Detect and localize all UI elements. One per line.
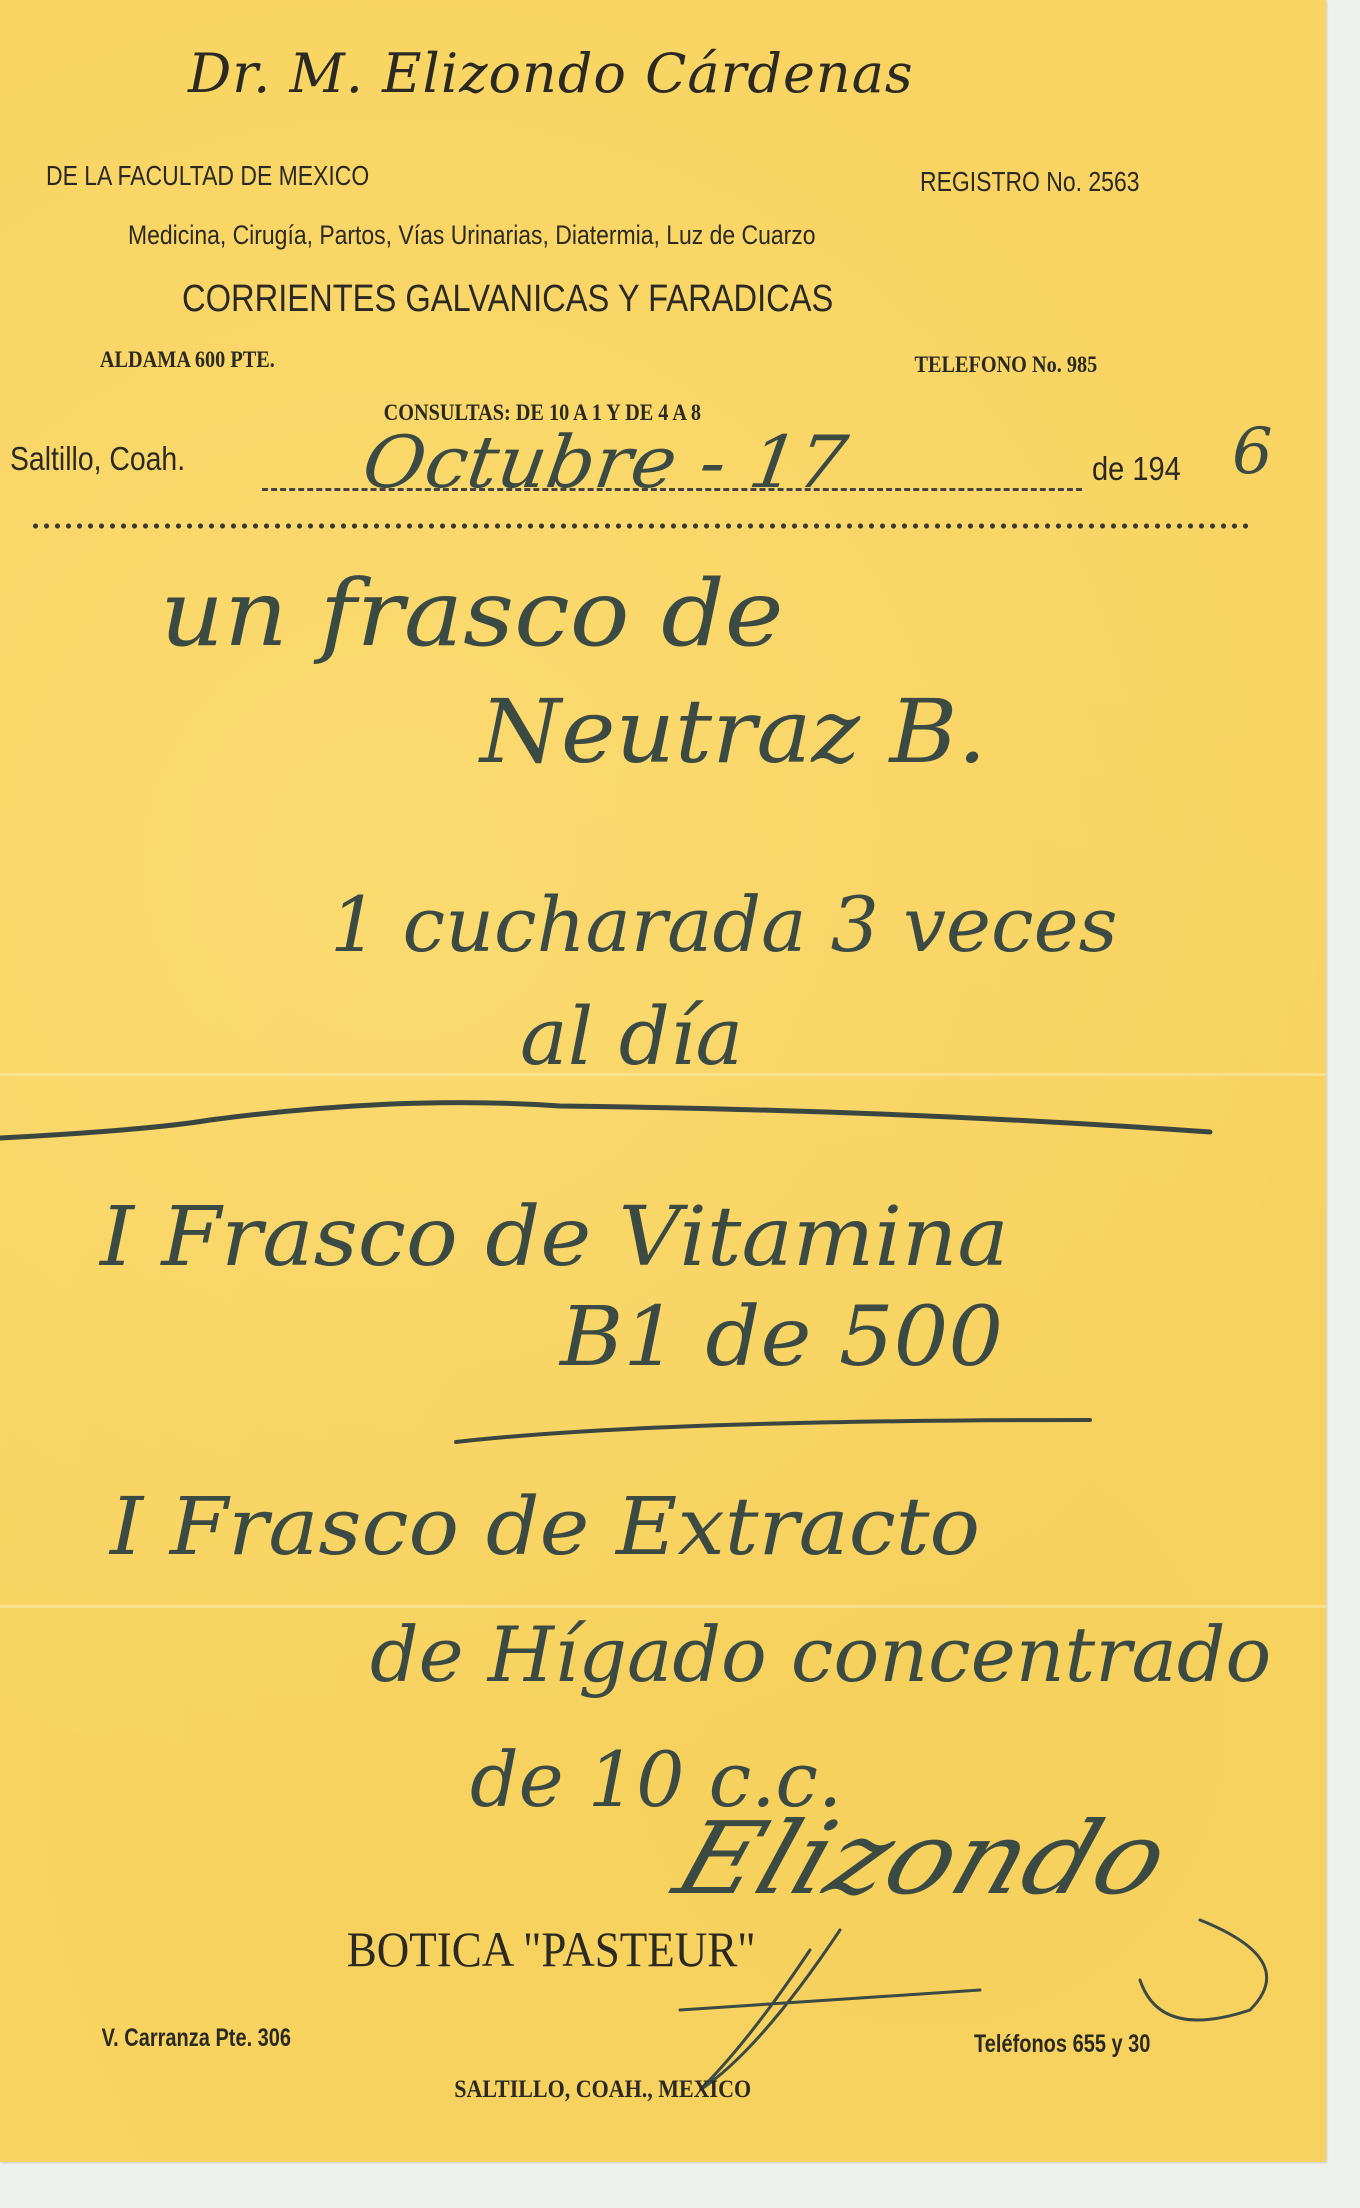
city-label: Saltillo, Coah. xyxy=(10,440,185,478)
faculty-text: DE LA FACULTAD DE MEXICO xyxy=(46,160,369,192)
rx-item-1-line-3: 1 cucharada 3 veces xyxy=(330,880,1118,969)
separator-stroke-2 xyxy=(450,1410,1110,1450)
rx-item-1-line-2: Neutraz B. xyxy=(480,680,987,783)
doctor-name: Dr. M. Elizondo Cárdenas xyxy=(188,42,914,105)
pharmacy-address: V. Carranza Pte. 306 xyxy=(102,2024,291,2053)
rx-item-1-line-1: un frasco de xyxy=(160,560,784,667)
office-address: ALDAMA 600 PTE. xyxy=(100,347,275,373)
rx-item-3-line-2: de Hígado concentrado xyxy=(370,1610,1271,1699)
office-telephone: TELEFONO No. 985 xyxy=(914,352,1097,378)
separator-stroke-1 xyxy=(0,1100,1220,1180)
year-label: de 194 xyxy=(1092,450,1181,488)
rx-item-2-line-2: B1 de 500 xyxy=(560,1290,1003,1385)
specialties-text: Medicina, Cirugía, Partos, Vías Urinaria… xyxy=(128,220,816,251)
rx-item-2-line-1: I Frasco de Vitamina xyxy=(100,1190,1009,1285)
pharmacy-name: BOTICA "PASTEUR" xyxy=(347,1920,756,1978)
handwritten-date: Octubre - 17 xyxy=(358,420,853,504)
prescription-paper: Dr. M. Elizondo Cárdenas DE LA FACULTAD … xyxy=(0,0,1326,2162)
currents-text: CORRIENTES GALVANICAS Y FARADICAS xyxy=(182,278,833,321)
rx-item-1-line-4: al día xyxy=(520,990,743,1083)
pharmacy-phones: Teléfonos 655 y 30 xyxy=(974,2030,1150,2059)
rx-item-3-line-1: I Frasco de Extracto xyxy=(110,1480,980,1573)
fold-crease xyxy=(0,1605,1326,1608)
dotted-separator xyxy=(30,523,1252,529)
pharmacy-city: SALTILLO, COAH., MEXICO xyxy=(454,2076,751,2104)
handwritten-year-digit: 6 xyxy=(1232,415,1273,489)
registration-number: REGISTRO No. 2563 xyxy=(920,166,1139,198)
